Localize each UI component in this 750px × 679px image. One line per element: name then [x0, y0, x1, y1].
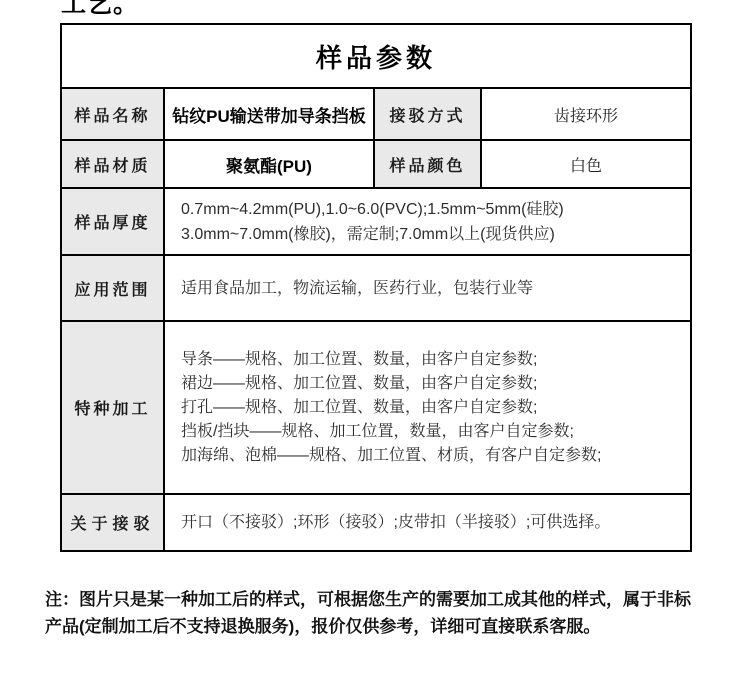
- special-line-guide-strip: 导条——规格、加工位置、数量，由客户自定参数;: [181, 348, 682, 372]
- row-application-range: 应用范围 适用食品加工，物流运输，医药行业，包装行业等: [61, 255, 691, 321]
- value-special-processing: 导条——规格、加工位置、数量，由客户自定参数; 裙边——规格、加工位置、数量，由…: [164, 321, 691, 494]
- sample-parameters-table: 样品参数 样品名称 钻纹PU输送带加导条挡板 接驳方式 齿接环形 样品材质 聚氨…: [60, 23, 692, 552]
- product-spec-page: 工艺。 样品参数 样品名称 钻纹PU输送带加导条挡板 接驳方式 齿接环形 样品材…: [0, 0, 750, 679]
- special-line-punching: 打孔——规格、加工位置、数量，由客户自定参数;: [181, 396, 682, 420]
- footnote-line-2: 产品(定制加工后不支持退换服务)，报价仅供参考，详细可直接联系客服。: [45, 613, 715, 640]
- value-sample-material: 聚氨酯(PU): [164, 140, 374, 188]
- value-joint-method: 齿接环形: [481, 88, 691, 140]
- row-special-processing: 特种加工 导条——规格、加工位置、数量，由客户自定参数; 裙边——规格、加工位置…: [61, 321, 691, 494]
- label-sample-color: 样品颜色: [374, 140, 481, 188]
- value-about-joint: 开口（不接驳）;环形（接驳）;皮带扣（半接驳）;可供选择。: [164, 494, 691, 551]
- table-title-row: 样品参数: [61, 24, 691, 88]
- row-sample-material: 样品材质 聚氨酯(PU) 样品颜色 白色: [61, 140, 691, 188]
- value-sample-color: 白色: [481, 140, 691, 188]
- value-sample-thickness: 0.7mm~4.2mm(PU),1.0~6.0(PVC);1.5mm~5mm(硅…: [164, 188, 691, 255]
- row-sample-name: 样品名称 钻纹PU输送带加导条挡板 接驳方式 齿接环形: [61, 88, 691, 140]
- label-about-joint: 关于接驳: [61, 494, 164, 551]
- label-application-range: 应用范围: [61, 255, 164, 321]
- label-sample-thickness: 样品厚度: [61, 188, 164, 255]
- label-sample-name: 样品名称: [61, 88, 164, 140]
- label-sample-material: 样品材质: [61, 140, 164, 188]
- value-application-range: 适用食品加工，物流运输，医药行业，包装行业等: [164, 255, 691, 321]
- special-line-baffle: 挡板/挡块——规格、加工位置，数量，由客户自定参数;: [181, 420, 682, 444]
- special-line-sponge-foam: 加海绵、泡棉——规格、加工位置、材质，有客户自定参数;: [181, 444, 682, 468]
- value-sample-name: 钻纹PU输送带加导条挡板: [164, 88, 374, 140]
- cropped-heading-text: 工艺。: [61, 0, 139, 20]
- row-sample-thickness: 样品厚度 0.7mm~4.2mm(PU),1.0~6.0(PVC);1.5mm~…: [61, 188, 691, 255]
- label-special-processing: 特种加工: [61, 321, 164, 494]
- row-about-joint: 关于接驳 开口（不接驳）;环形（接驳）;皮带扣（半接驳）;可供选择。: [61, 494, 691, 551]
- table-title: 样品参数: [61, 24, 691, 88]
- thickness-line-1: 0.7mm~4.2mm(PU),1.0~6.0(PVC);1.5mm~5mm(硅…: [181, 197, 682, 222]
- label-joint-method: 接驳方式: [374, 88, 481, 140]
- footnote-line-1: 注：图片只是某一种加工后的样式，可根据您生产的需要加工成其他的样式，属于非标: [45, 586, 715, 613]
- special-line-skirt: 裙边——规格、加工位置、数量，由客户自定参数;: [181, 372, 682, 396]
- thickness-line-2: 3.0mm~7.0mm(橡胶)，需定制;7.0mm以上(现货供应): [181, 222, 682, 247]
- footnote: 注：图片只是某一种加工后的样式，可根据您生产的需要加工成其他的样式，属于非标 产…: [45, 586, 715, 640]
